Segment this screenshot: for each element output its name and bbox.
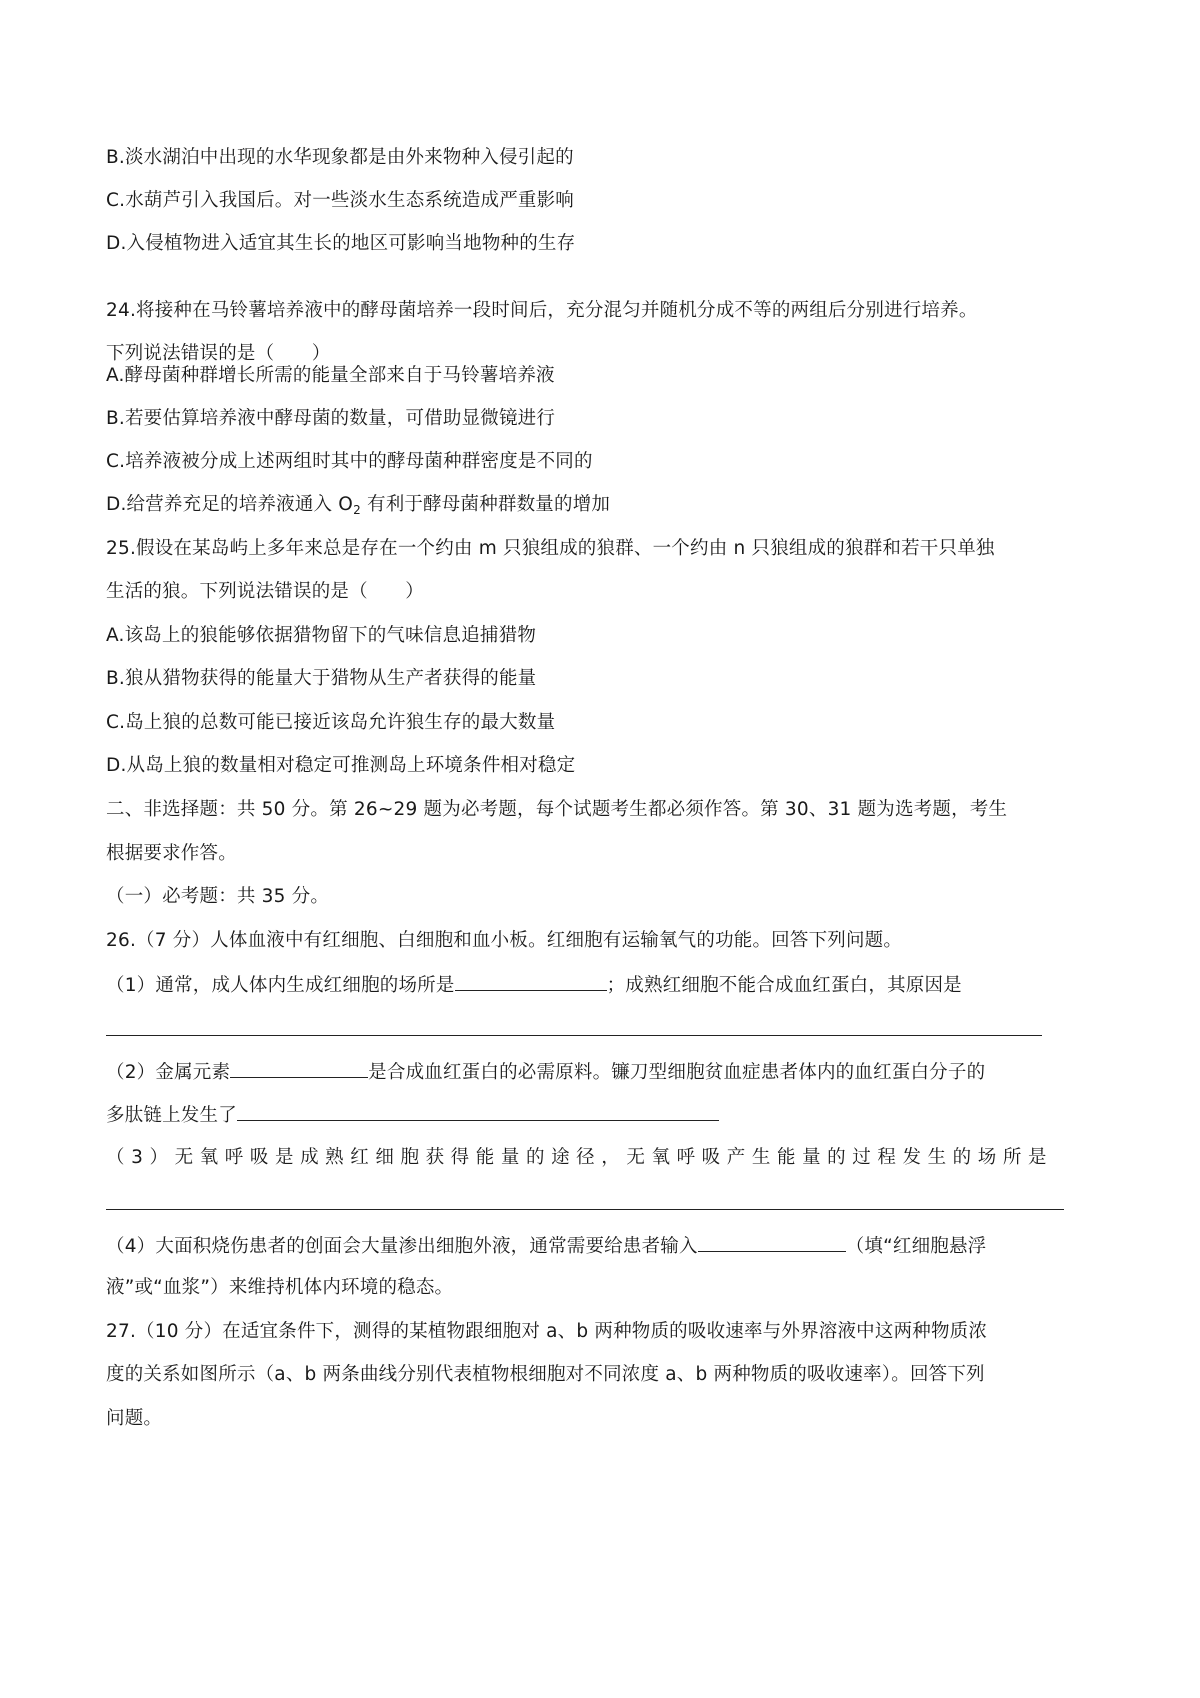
q26-part4-answer-blank-infusion[interactable] [698,1233,846,1252]
q26-part2-line2: 多肽链上发生了 [106,1102,719,1128]
q24-option-a: A.酵母菌种群增长所需的能量全部来自于马铃薯培养液 [106,364,555,388]
q26-part2-line2-text: 多肽链上发生了 [106,1105,237,1126]
q26-part4: （4）大面积烧伤患者的创面会大量渗出细胞外液，通常需要给患者输入（填“红细胞悬浮 [106,1233,986,1259]
q24-option-d: D.给营养充足的培养液通入 O2 有利于酵母菌种群数量的增加 [106,493,610,522]
q23-option-d: D.入侵植物进入适宜其生长的地区可影响当地物种的生存 [106,232,575,256]
q26-part1-answer-blank-site[interactable] [455,972,607,991]
q26-part1-prefix: （1）通常，成人体内生成红细胞的场所是 [106,975,455,996]
required-section-header: （一）必考题：共 35 分。 [106,885,329,909]
q27-stem-line3: 问题。 [106,1407,162,1431]
q26-stem: 26.（7 分）人体血液中有红细胞、白细胞和血小板。红细胞有运输氧气的功能。回答… [106,929,902,953]
q26-part3-answer-line-site[interactable] [106,1209,1064,1210]
q26-part4-suffix: （填“红细胞悬浮 [846,1236,987,1257]
q27-stem-line1: 27.（10 分）在适宜条件下，测得的某植物跟细胞对 a、b 两种物质的吸收速率… [106,1320,987,1344]
q26-part1-answer-line-reason[interactable] [106,1035,1042,1036]
q23-option-b: B.淡水湖泊中出现的水华现象都是由外来物种入侵引起的 [106,146,574,170]
q26-part4-prefix: （4）大面积烧伤患者的创面会大量渗出细胞外液，通常需要给患者输入 [106,1236,698,1257]
q25-option-d: D.从岛上狼的数量相对稳定可推测岛上环境条件相对稳定 [106,754,575,778]
q24-stem-line2: 下列说法错误的是（ ） [106,342,330,366]
q26-part2-answer-blank-element[interactable] [230,1059,368,1078]
q24-option-d-suffix: 有利于酵母菌种群数量的增加 [361,494,610,515]
q24-option-d-subscript: 2 [353,503,361,517]
q26-part1: （1）通常，成人体内生成红细胞的场所是；成熟红细胞不能合成血红蛋白，其原因是 [106,972,962,998]
q27-stem-line2: 度的关系如图所示（a、b 两条曲线分别代表植物根细胞对不同浓度 a、b 两种物质… [106,1363,985,1387]
q25-option-b: B.狼从猎物获得的能量大于猎物从生产者获得的能量 [106,667,536,691]
q25-option-a: A.该岛上的狼能够依据猎物留下的气味信息追捕猎物 [106,624,536,648]
section2-instructions-line1: 二、非选择题：共 50 分。第 26~29 题为必考题，每个试题考生都必须作答。… [106,798,1007,822]
q26-part2-answer-blank-mutation[interactable] [237,1102,719,1121]
q26-part3: （3）无氧呼吸是成熟红细胞获得能量的途径，无氧呼吸产生能量的过程发生的场所是 [106,1146,1053,1170]
q26-part1-suffix: ；成熟红细胞不能合成血红蛋白，其原因是 [607,975,962,996]
q26-part2-suffix: 是合成血红蛋白的必需原料。镰刀型细胞贫血症患者体内的血红蛋白分子的 [368,1062,985,1083]
q26-part2: （2）金属元素是合成血红蛋白的必需原料。镰刀型细胞贫血症患者体内的血红蛋白分子的 [106,1059,985,1085]
q23-option-c: C.水葫芦引入我国后。对一些淡水生态系统造成严重影响 [106,189,574,213]
q25-option-c: C.岛上狼的总数可能已接近该岛允许狼生存的最大数量 [106,711,555,735]
q26-part2-prefix: （2）金属元素 [106,1062,230,1083]
section2-instructions-line2: 根据要求作答。 [106,842,237,866]
q25-stem-line2: 生活的狼。下列说法错误的是（ ） [106,580,424,604]
q24-option-c: C.培养液被分成上述两组时其中的酵母菌种群密度是不同的 [106,450,593,474]
q24-option-d-prefix: D.给营养充足的培养液通入 O [106,494,353,515]
q25-stem-line1: 25.假设在某岛屿上多年来总是存在一个约由 m 只狼组成的狼群、一个约由 n 只… [106,537,995,561]
q26-part4-line2: 液”或“血浆”）来维持机体内环境的稳态。 [106,1276,453,1300]
q24-option-b: B.若要估算培养液中酵母菌的数量，可借助显微镜进行 [106,407,555,431]
exam-page: B.淡水湖泊中出现的水华现象都是由外来物种入侵引起的 C.水葫芦引入我国后。对一… [0,0,1200,1698]
q24-stem-line1: 24.将接种在马铃薯培养液中的酵母菌培养一段时间后，充分混匀并随机分成不等的两组… [106,299,978,323]
